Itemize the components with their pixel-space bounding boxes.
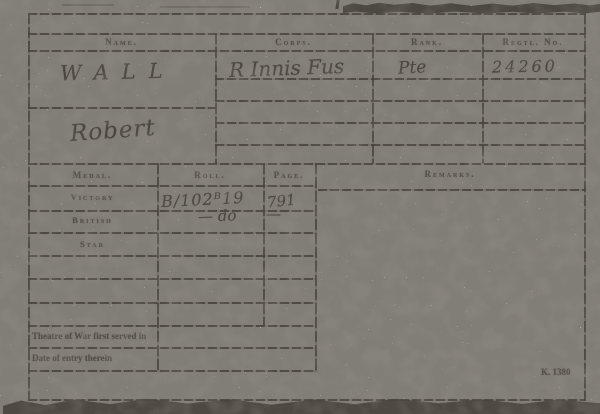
rule-line (215, 122, 585, 124)
rule-line (372, 33, 374, 163)
medal-header-label: Medal. (28, 170, 157, 180)
rule-line (157, 163, 159, 370)
top-tick-mark (335, 0, 339, 9)
date-of-entry-label: Date of entry therein (32, 353, 112, 363)
rule-line (28, 163, 586, 165)
rule-line (28, 232, 316, 234)
page-header-label: Page. (263, 170, 315, 180)
roll-header-label: Roll. (157, 170, 263, 180)
british-page-entry: — (266, 205, 281, 223)
rule-line (28, 278, 316, 280)
rule-line (28, 370, 316, 372)
rule-line (263, 163, 265, 325)
regtl-no-entry: 24260 (492, 56, 558, 76)
rule-line (215, 100, 585, 102)
rule-line (28, 50, 586, 52)
pencil-dash (160, 6, 250, 8)
card-border-right (584, 13, 586, 401)
surname-entry: WALL (60, 58, 176, 85)
card-border-top (28, 13, 586, 15)
remarks-header-label: Remarks. (315, 169, 585, 179)
rank-entry: Pte (397, 57, 426, 78)
medal-row-star-label: Star (28, 239, 157, 249)
name-header-label: Name. (28, 37, 215, 47)
rule-line (28, 302, 316, 304)
corps-header-label: Corps. (215, 37, 372, 47)
regtl-no-header-label: Regtl. No. (482, 37, 584, 47)
card-border-left (28, 13, 30, 401)
rule-line (28, 107, 216, 109)
rule-line (28, 347, 316, 349)
british-roll-entry: — do (198, 206, 237, 225)
rule-line (318, 189, 585, 191)
rule-line (315, 163, 317, 372)
corps-entry: R Innis Fus (229, 54, 345, 82)
rule-line (28, 33, 586, 35)
rule-line (482, 33, 484, 163)
theatre-of-war-label: Theatre of War first served in (32, 331, 146, 341)
pencil-dash (62, 4, 114, 6)
forename-entry: Robert (69, 115, 156, 147)
medal-row-victory-label: Victory (28, 192, 157, 202)
medal-row-british-label: British (28, 215, 157, 225)
rule-line (215, 144, 585, 146)
rule-line (28, 185, 316, 187)
rule-line (28, 255, 316, 257)
rule-line (28, 325, 316, 327)
rank-header-label: Rank. (372, 37, 482, 47)
form-number: K. 1380 (541, 367, 571, 377)
rule-line (215, 33, 217, 163)
scanned-medal-index-card: Name. Corps. Rank. Regtl. No. Medal. Rol… (0, 0, 600, 414)
